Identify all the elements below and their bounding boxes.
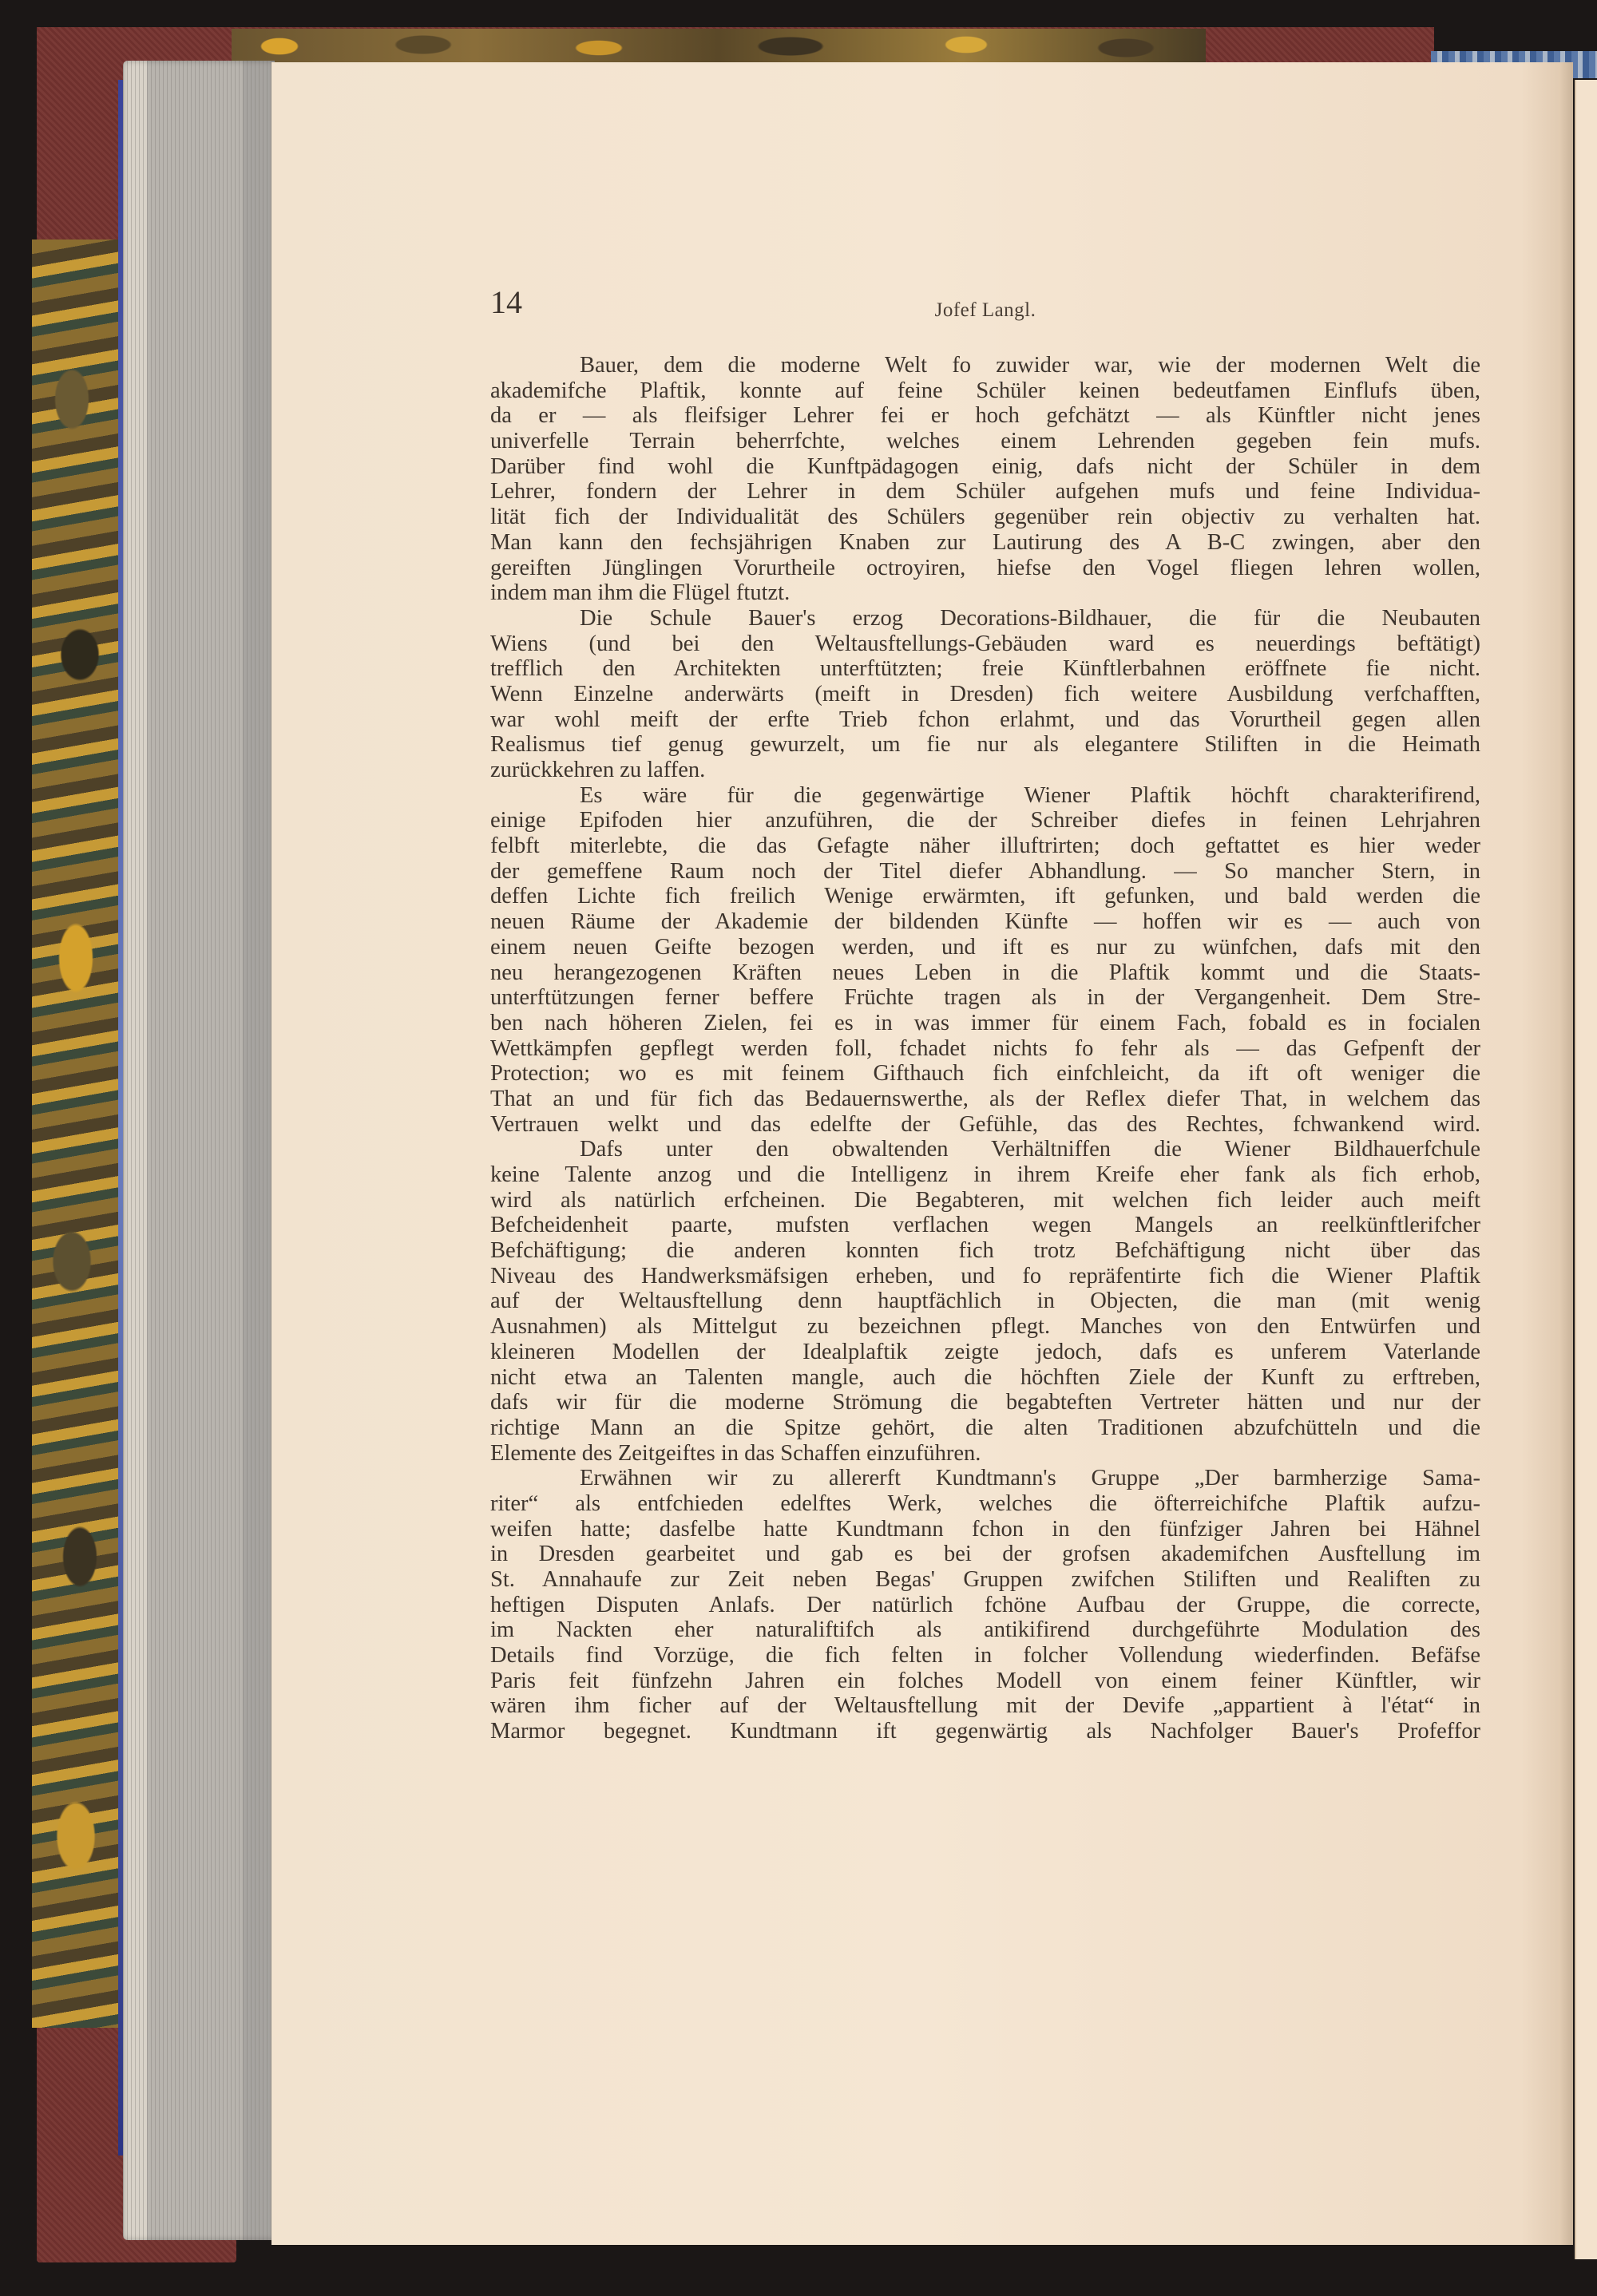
marbled-cover-top — [232, 29, 1206, 64]
text-line: kleineren Modellen der Idealplaftik zeig… — [490, 1340, 1480, 1365]
text-line: neuen Räume der Akademie der bildenden K… — [490, 909, 1480, 935]
text-line: Man kann den fechsjährigen Knaben zur La… — [490, 530, 1480, 556]
text-line: dafs wir für die moderne Strömung die be… — [490, 1390, 1480, 1415]
text-line: unterftützungen ferner beffere Früchte t… — [490, 985, 1480, 1011]
text-line: Niveau des Handwerksmäfsigen erheben, un… — [490, 1264, 1480, 1289]
page-block-edges — [123, 61, 275, 2240]
text-line: St. Annahaufe zur Zeit neben Begas' Grup… — [490, 1567, 1480, 1593]
text-line: Wenn Einzelne anderwärts (meift in Dresd… — [490, 682, 1480, 707]
text-line: Protection; wo es mit feinem Gifthauch f… — [490, 1061, 1480, 1087]
text-line: Wettkämpfen gepflegt werden foll, fchade… — [490, 1036, 1480, 1062]
text-line: Erwähnen wir zu allererft Kundtmann's Gr… — [490, 1466, 1480, 1491]
text-line: indem man ihm die Flügel ftutzt. — [490, 580, 1480, 606]
text-line: wären ihm ficher auf der Weltausftellung… — [490, 1693, 1480, 1719]
text-line: Die Schule Bauer's erzog Decorations-Bil… — [490, 606, 1480, 631]
text-line: Paris feit fünfzehn Jahren ein folches M… — [490, 1669, 1480, 1694]
text-line: Vertrauen welkt und das edelfte der Gefü… — [490, 1112, 1480, 1138]
text-line: Realismus tief genug gewurzelt, um fie n… — [490, 732, 1480, 758]
running-head-title: Jofef Langl. — [490, 299, 1480, 322]
text-line: einige Epifoden hier anzuführen, die der… — [490, 808, 1480, 833]
text-line: Darüber find wohl die Kunftpädagogen ein… — [490, 454, 1480, 480]
running-head: 14 Jofef Langl. — [490, 283, 1480, 323]
text-line: Elemente des Zeitgeiftes in das Schaffen… — [490, 1441, 1480, 1467]
text-line: Lehrer, fondern der Lehrer in dem Schüle… — [490, 479, 1480, 505]
text-line: nicht etwa an Talenten mangle, auch die … — [490, 1365, 1480, 1391]
text-line: keine Talente anzog und die Intelligenz … — [490, 1162, 1480, 1188]
text-line: der gemeffene Raum noch der Titel diefer… — [490, 859, 1480, 885]
text-line: Dafs unter den obwaltenden Verhältniffen… — [490, 1137, 1480, 1162]
text-line: riter“ als entfchieden edelftes Werk, we… — [490, 1491, 1480, 1517]
text-line: Wiens (und bei den Weltausftellungs-Gebä… — [490, 631, 1480, 657]
body-text: Bauer, dem die moderne Welt fo zuwider w… — [490, 353, 1480, 1744]
text-line: weifen hatte; dasfelbe hatte Kundtmann f… — [490, 1517, 1480, 1542]
text-line: lität fich der Individualität des Schüle… — [490, 505, 1480, 530]
text-line: Es wäre für die gegenwärtige Wiener Plaf… — [490, 783, 1480, 809]
text-line: richtige Mann an die Spitze gehört, die … — [490, 1415, 1480, 1441]
text-line: einem neuen Geifte bezogen werden, und i… — [490, 935, 1480, 960]
text-line: heftigen Disputen Anlafs. Der natürlich … — [490, 1593, 1480, 1618]
text-line: Ausnahmen) als Mittelgut zu bezeichnen p… — [490, 1314, 1480, 1340]
facing-page-edge — [1575, 80, 1597, 2259]
text-line: That an und für fich das Bedauernswerthe… — [490, 1087, 1480, 1112]
text-line: Bauer, dem die moderne Welt fo zuwider w… — [490, 353, 1480, 378]
text-line: im Nackten eher naturaliftifch als antik… — [490, 1617, 1480, 1643]
text-line: Befchäftigung; die anderen konnten fich … — [490, 1238, 1480, 1264]
text-line: Details find Vorzüge, die fich felten in… — [490, 1643, 1480, 1669]
text-line: Marmor begegnet. Kundtmann ift gegenwärt… — [490, 1719, 1480, 1744]
text-line: neu herangezogenen Kräften neues Leben i… — [490, 960, 1480, 986]
text-line: deffen Lichte fich freilich Wenige erwär… — [490, 884, 1480, 909]
marbled-cover-left — [32, 239, 121, 2028]
text-line: zurückkehren zu laffen. — [490, 758, 1480, 783]
text-line: Befcheidenheit paarte, mufsten verflache… — [490, 1213, 1480, 1238]
text-line: ben nach höheren Zielen, fei es in was i… — [490, 1011, 1480, 1036]
text-line: da er — als fleifsiger Lehrer fei er hoc… — [490, 403, 1480, 429]
text-line: trefflich den Architekten unterftützten;… — [490, 656, 1480, 682]
text-line: akademifche Plaftik, konnte auf feine Sc… — [490, 378, 1480, 404]
text-line: war wohl meift der erfte Trieb fchon erl… — [490, 707, 1480, 733]
text-line: felbft miterlebte, die das Gefagte näher… — [490, 833, 1480, 859]
text-line: gereiften Jünglingen Vorurtheile octroyi… — [490, 556, 1480, 581]
text-line: auf der Weltausftellung denn hauptfächli… — [490, 1289, 1480, 1314]
text-line: univerfelle Terrain beherrfchte, welches… — [490, 429, 1480, 454]
text-line: in Dresden gearbeitet und gab es bei der… — [490, 1542, 1480, 1567]
text-line: wird als natürlich erfcheinen. Die Begab… — [490, 1188, 1480, 1213]
